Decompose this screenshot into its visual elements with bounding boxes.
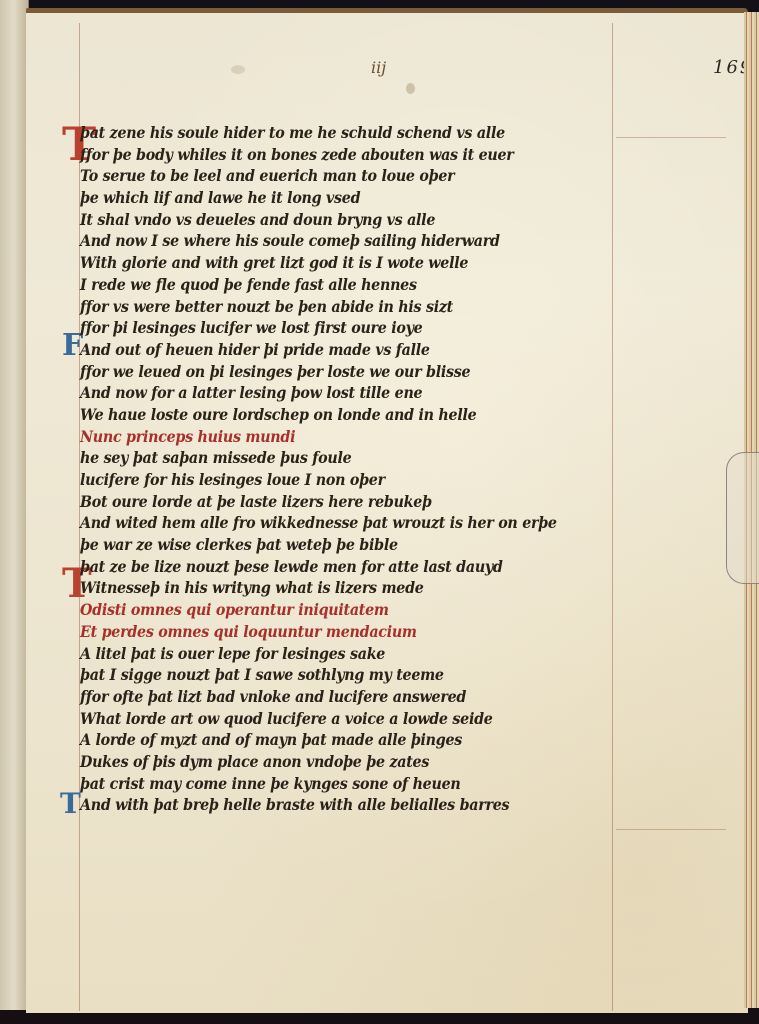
text-line: A lorde of myzt and of mayn þat made all… [80, 729, 632, 751]
text-line: ffor þe body whiles it on bones zede abo… [80, 144, 632, 166]
previous-leaf-text-fragments [2, 150, 24, 172]
text-line: ffor þi lesinges lucifer we lost first o… [80, 317, 632, 339]
text-line: With glorie and with gret lizt god it is… [80, 252, 632, 274]
previous-leaf-edge [0, 0, 29, 1010]
text-line: Bot oure lorde at þe laste lizers here r… [80, 491, 632, 513]
text-line: What lorde art ow quod lucifere a voice … [80, 708, 632, 730]
text-line: þat zene his soule hider to me he schuld… [80, 122, 632, 144]
text-line: ffor ofte þat lizt bad vnloke and lucife… [80, 686, 632, 708]
text-line: þat crist may come inne þe kynges sone o… [80, 773, 632, 795]
text-line: þe war ze wise clerkes þat weteþ þe bibl… [80, 534, 632, 556]
text-line: ffor we leued on þi lesinges þer loste w… [80, 361, 632, 383]
rubric-line: Odisti omnes qui operantur iniquitatem [80, 599, 632, 621]
bottom-line-ruling [616, 829, 726, 830]
text-line: Witnesseþ in his writyng what is lizers … [80, 577, 632, 599]
text-line: To serue to be leel and euerich man to l… [80, 165, 632, 187]
text-line: We haue loste oure lordschep on londe an… [80, 404, 632, 426]
text-line: Dukes of þis dym place anon vndoþe þe za… [80, 751, 632, 773]
text-line: þat ze be lize nouzt þese lewde men for … [80, 556, 632, 578]
text-line: þat I sigge nouzt þat I sawe sothlyng my… [80, 664, 632, 686]
rubric-line: Et perdes omnes qui loquuntur mendacium [80, 621, 632, 643]
text-line: And wited hem alle fro wikkednesse þat w… [80, 512, 632, 534]
blue-initial-t: T [60, 784, 81, 824]
text-line: And out of heuen hider þi pride made vs … [80, 339, 632, 361]
text-line: And now I se where his soule comeþ saili… [80, 230, 632, 252]
text-line: I rede we fle quod þe fende fast alle he… [80, 274, 632, 296]
text-line: And now for a latter lesing þow lost til… [80, 382, 632, 404]
bookmark-tab[interactable] [726, 452, 759, 584]
text-line: It shal vndo vs deueles and doun bryng v… [80, 209, 632, 231]
quire-signature: iij [371, 58, 386, 77]
rubric-line: Nunc princeps huius mundi [80, 426, 632, 448]
text-line: And with þat breþ helle braste with alle… [80, 794, 632, 816]
text-line: A litel þat is ouer lepe for lesinges sa… [80, 643, 632, 665]
parchment-stain [406, 83, 415, 94]
text-line: þe which lif and lawe he it long vsed [80, 187, 632, 209]
manuscript-text-block: þat zene his soule hider to me he schuld… [80, 122, 680, 816]
text-line: he sey þat saþan missede þus foule [80, 447, 632, 469]
parchment-stain [231, 65, 245, 74]
text-line: ffor vs were better nouzt be þen abide i… [80, 296, 632, 318]
text-line: lucifere for his lesinges loue I non oþe… [80, 469, 632, 491]
